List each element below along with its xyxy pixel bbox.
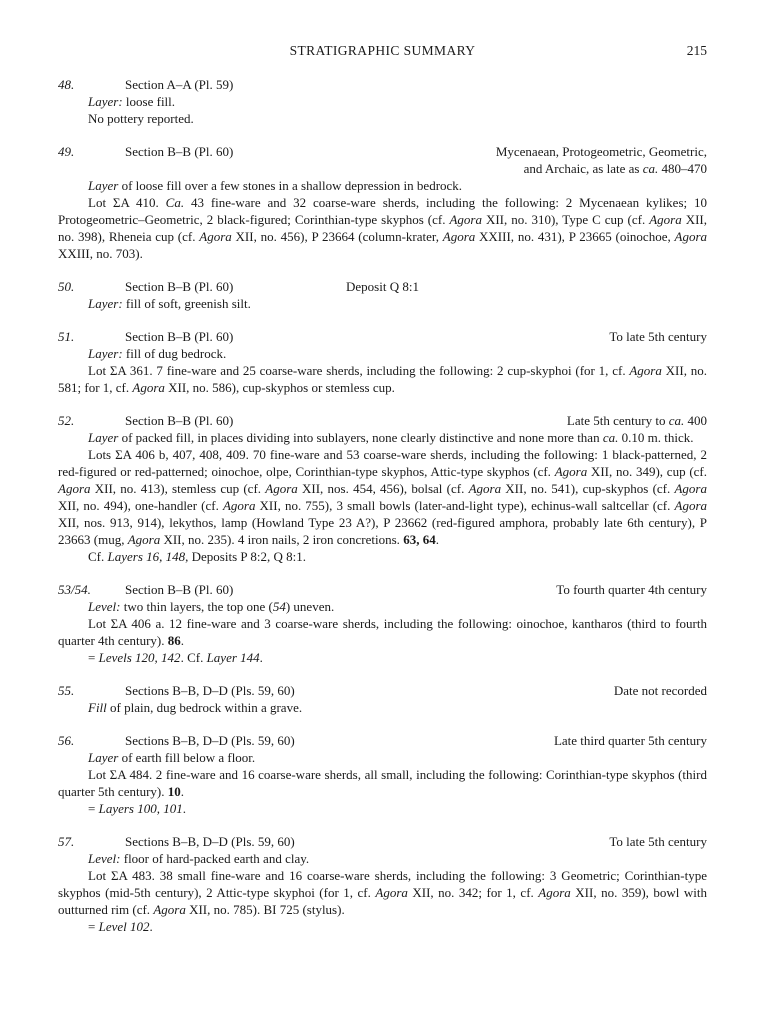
entry: 52. Section B–B (Pl. 60) Late 5th centur… xyxy=(58,412,707,565)
entry-deposit-note: Deposit Q 8:1 xyxy=(346,278,419,295)
entry-paragraph: Lot ΣA 410. Ca. 43 fine-ware and 32 coar… xyxy=(58,194,707,262)
entry-paragraph: Layer: fill of dug bedrock. xyxy=(58,345,707,362)
entry-date: Late third quarter 5th century xyxy=(536,732,707,749)
entry-paragraph: Lot ΣA 484. 2 fine-ware and 16 coarse-wa… xyxy=(58,766,707,800)
entry-head: 56. Sections B–B, D–D (Pls. 59, 60) Late… xyxy=(58,732,707,749)
entry-number: 50. xyxy=(58,278,125,295)
entry-paragraph: = Layers 100, 101. xyxy=(58,800,707,817)
entry-section-title: Section B–B (Pl. 60) xyxy=(125,581,233,598)
entry-section-title: Section A–A (Pl. 59) xyxy=(125,76,233,93)
entry: 49. Section B–B (Pl. 60) Mycenaean, Prot… xyxy=(58,143,707,262)
entry-section-title: Section B–B (Pl. 60) xyxy=(125,412,233,429)
entry-head: 48. Section A–A (Pl. 59) xyxy=(58,76,707,93)
entry: 53/54. Section B–B (Pl. 60) To fourth qu… xyxy=(58,581,707,666)
entry: 50. Section B–B (Pl. 60) Deposit Q 8:1 L… xyxy=(58,278,707,312)
entry-section-title: Sections B–B, D–D (Pls. 59, 60) xyxy=(125,732,295,749)
entry-number: 53/54. xyxy=(58,581,125,598)
entry: 48. Section A–A (Pl. 59) Layer: loose fi… xyxy=(58,76,707,127)
page-number: 215 xyxy=(687,43,707,59)
entry-paragraph: Cf. Layers 16, 148, Deposits P 8:2, Q 8:… xyxy=(58,548,707,565)
entry-paragraph: Level: floor of hard-packed earth and cl… xyxy=(58,850,707,867)
document-page: STRATIGRAPHIC SUMMARY 215 48. Section A–… xyxy=(0,0,764,1024)
entry-number: 49. xyxy=(58,143,125,160)
entry-date: Late 5th century to ca. 400 xyxy=(549,412,707,429)
entry-paragraph: Fill of plain, dug bedrock within a grav… xyxy=(58,699,707,716)
entry-paragraph: Lot ΣA 406 a. 12 fine-ware and 3 coarse-… xyxy=(58,615,707,649)
entry-section-title: Sections B–B, D–D (Pls. 59, 60) xyxy=(125,833,295,850)
entry-head: 50. Section B–B (Pl. 60) Deposit Q 8:1 xyxy=(58,278,707,295)
entry-list: 48. Section A–A (Pl. 59) Layer: loose fi… xyxy=(58,76,707,935)
entry-paragraph: Layer of loose fill over a few stones in… xyxy=(58,177,707,194)
entry-date: Date not recorded xyxy=(596,682,707,699)
page-header: STRATIGRAPHIC SUMMARY 215 xyxy=(58,43,707,59)
entry-section-title: Section B–B (Pl. 60) xyxy=(125,143,233,160)
entry-number: 48. xyxy=(58,76,125,93)
entry-paragraph: Layer: fill of soft, greenish silt. xyxy=(58,295,707,312)
entry-head: 57. Sections B–B, D–D (Pls. 59, 60) To l… xyxy=(58,833,707,850)
entry-number: 57. xyxy=(58,833,125,850)
entry-date: To late 5th century xyxy=(591,833,707,850)
entry-paragraph: No pottery reported. xyxy=(58,110,707,127)
entry-head: 55. Sections B–B, D–D (Pls. 59, 60) Date… xyxy=(58,682,707,699)
entry-paragraph: = Level 102. xyxy=(58,918,707,935)
entry-paragraph: Lot ΣA 361. 7 fine-ware and 25 coarse-wa… xyxy=(58,362,707,396)
entry-paragraph: Lots ΣA 406 b, 407, 408, 409. 70 fine-wa… xyxy=(58,446,707,548)
entry-section-title: Section B–B (Pl. 60) xyxy=(125,278,233,295)
entry-number: 52. xyxy=(58,412,125,429)
entry-paragraph: Lot ΣA 483. 38 small fine-ware and 16 co… xyxy=(58,867,707,918)
entry-date: Mycenaean, Protogeometric, Geometric, an… xyxy=(478,143,707,177)
entry: 55. Sections B–B, D–D (Pls. 59, 60) Date… xyxy=(58,682,707,716)
entry: 56. Sections B–B, D–D (Pls. 59, 60) Late… xyxy=(58,732,707,817)
entry-head: 53/54. Section B–B (Pl. 60) To fourth qu… xyxy=(58,581,707,598)
entry-number: 51. xyxy=(58,328,125,345)
entry: 57. Sections B–B, D–D (Pls. 59, 60) To l… xyxy=(58,833,707,935)
entry-date: To late 5th century xyxy=(591,328,707,345)
entry-number: 56. xyxy=(58,732,125,749)
entry-paragraph: Layer of packed fill, in places dividing… xyxy=(58,429,707,446)
entry-paragraph: Level: two thin layers, the top one (54)… xyxy=(58,598,707,615)
entry-section-title: Sections B–B, D–D (Pls. 59, 60) xyxy=(125,682,295,699)
entry-date: To fourth quarter 4th century xyxy=(538,581,707,598)
running-title: STRATIGRAPHIC SUMMARY xyxy=(58,43,707,59)
entry-paragraph: = Levels 120, 142. Cf. Layer 144. xyxy=(58,649,707,666)
entry-number: 55. xyxy=(58,682,125,699)
entry: 51. Section B–B (Pl. 60) To late 5th cen… xyxy=(58,328,707,396)
entry-head: 52. Section B–B (Pl. 60) Late 5th centur… xyxy=(58,412,707,429)
entry-paragraph: Layer of earth fill below a floor. xyxy=(58,749,707,766)
entry-section-title: Section B–B (Pl. 60) xyxy=(125,328,233,345)
entry-head: 49. Section B–B (Pl. 60) Mycenaean, Prot… xyxy=(58,143,707,177)
entry-paragraph: Layer: loose fill. xyxy=(58,93,707,110)
entry-head: 51. Section B–B (Pl. 60) To late 5th cen… xyxy=(58,328,707,345)
